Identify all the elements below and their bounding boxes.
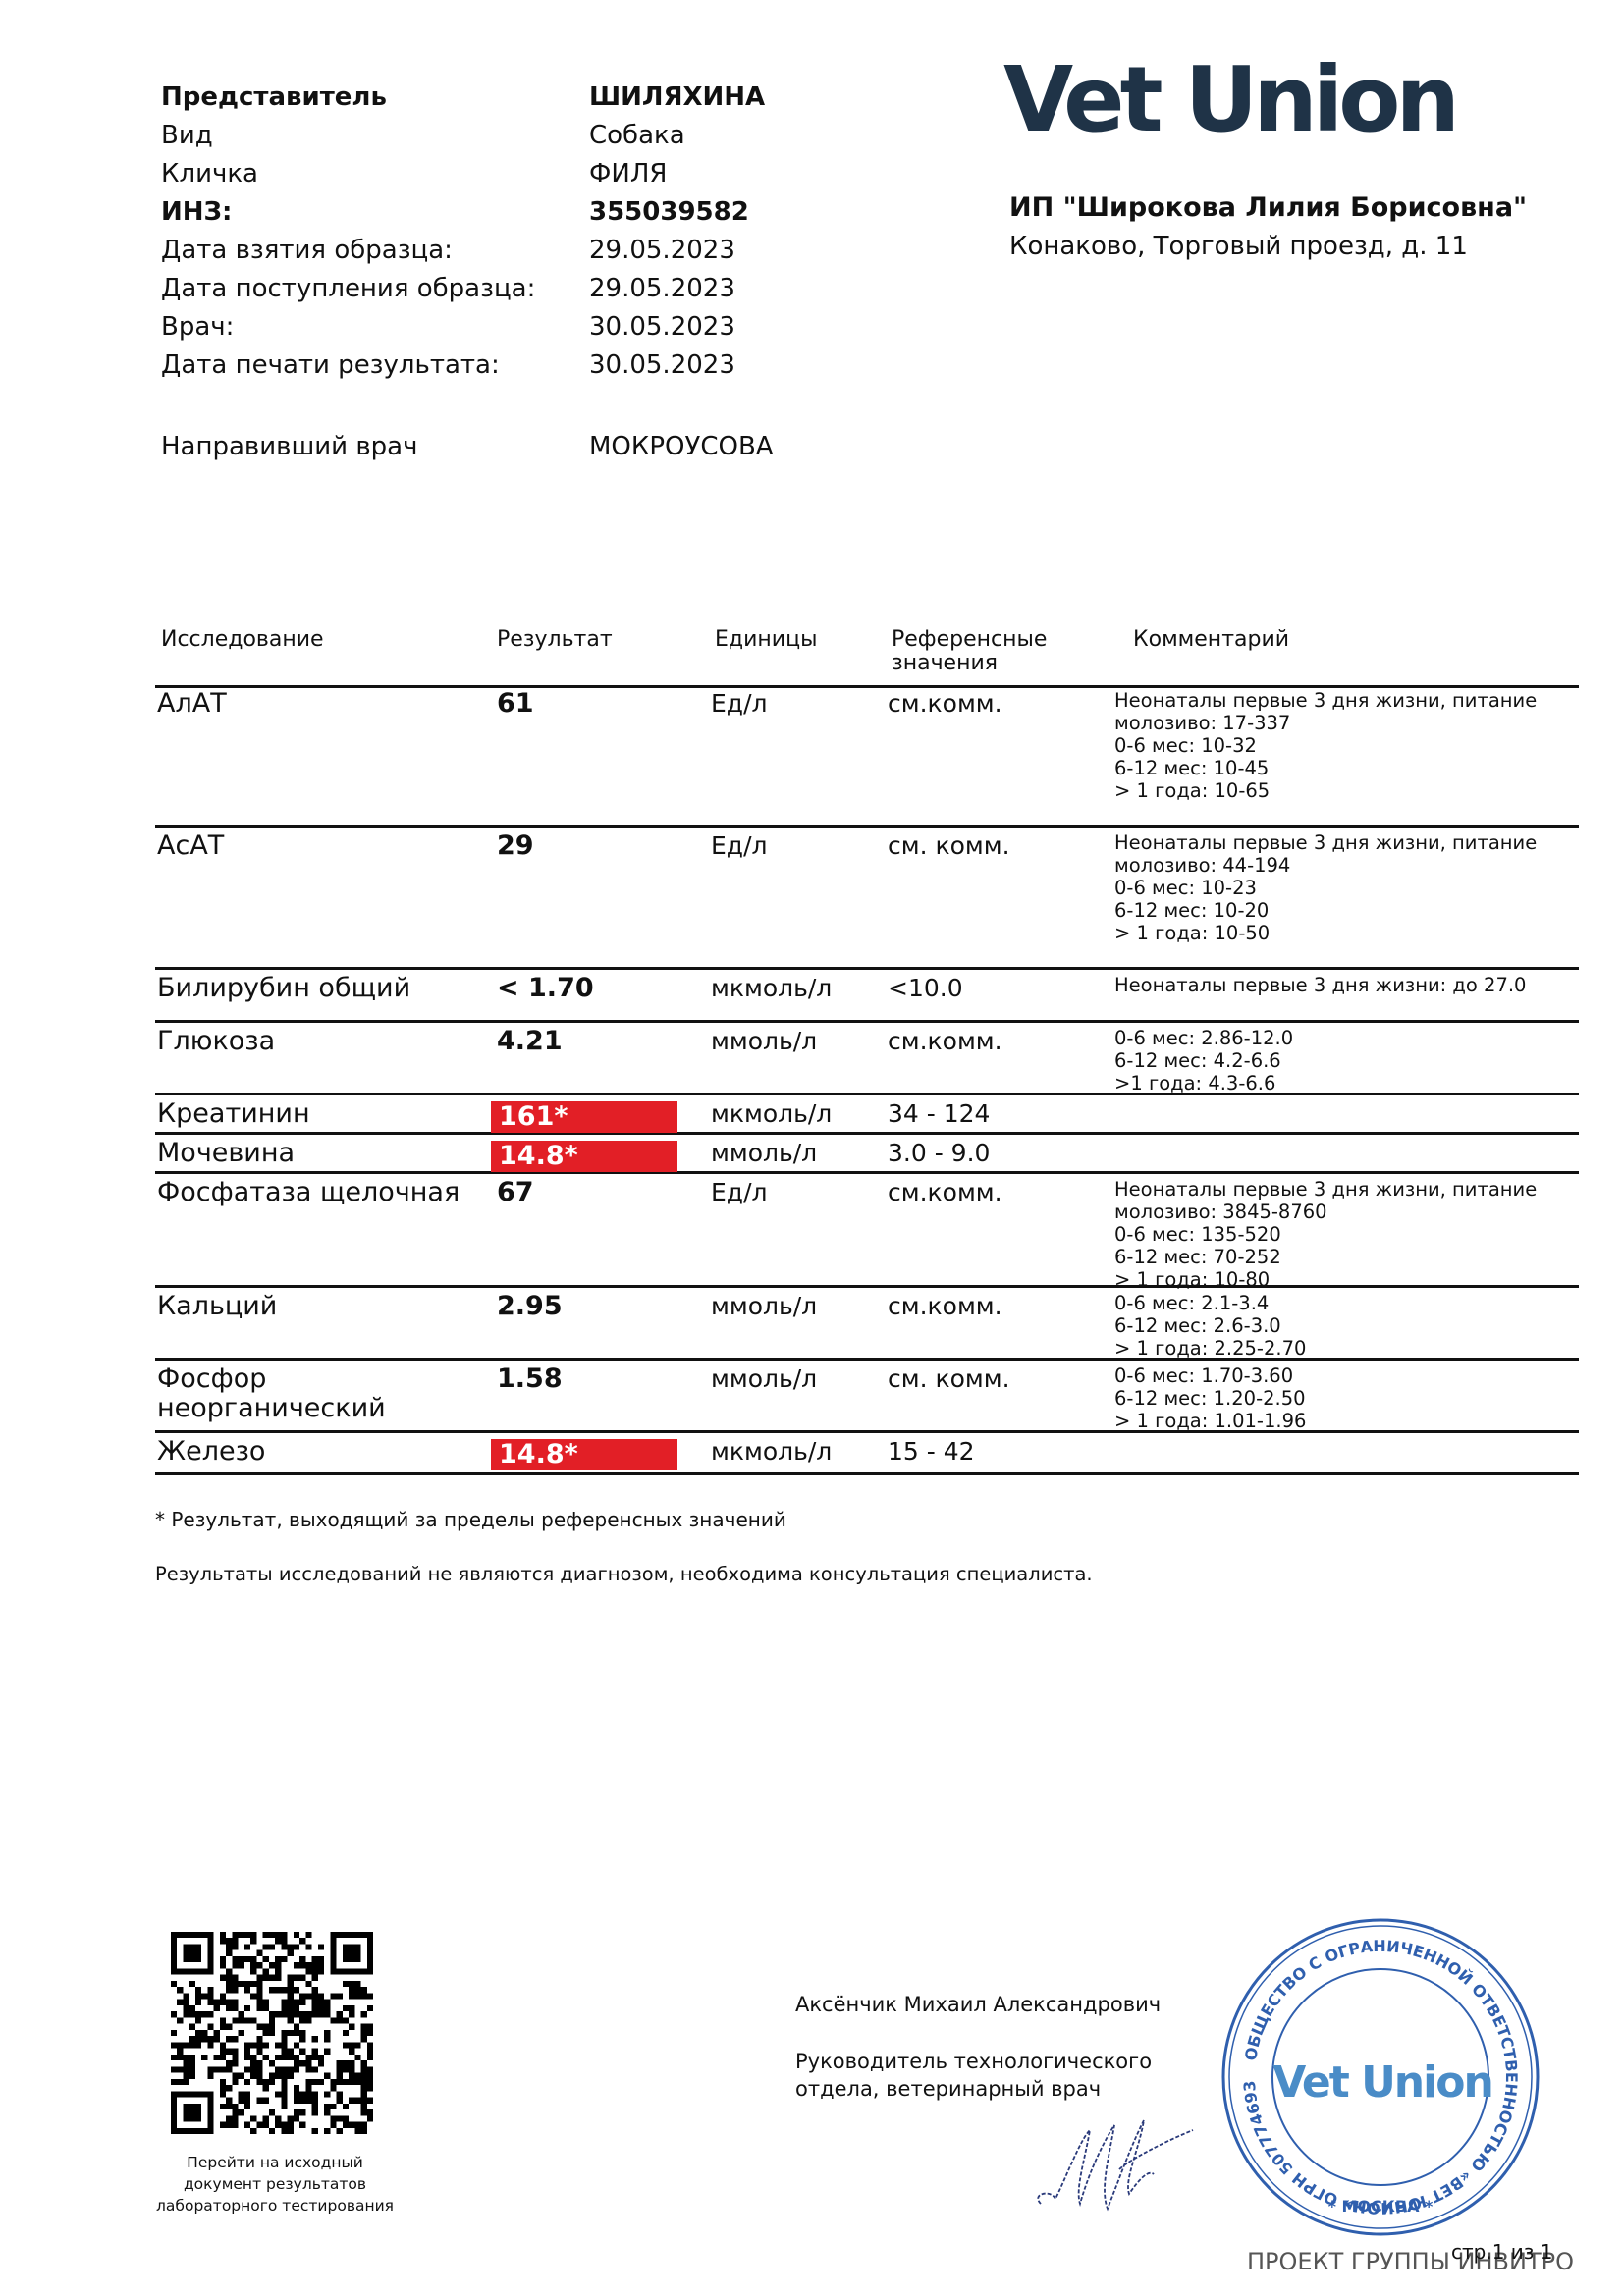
- test-name: Билирубин общий: [157, 974, 410, 1003]
- qr-code[interactable]: [171, 1932, 373, 2134]
- reference-range: см.комм.: [888, 1292, 1002, 1321]
- reference-range: см. комм.: [888, 831, 1010, 861]
- info-label: Врач:: [161, 308, 234, 347]
- table-row: Глюкоза4.21ммоль/лсм.комм.0-6 мес: 2.86-…: [155, 1027, 1579, 1090]
- info-label: ИНЗ:: [161, 193, 232, 232]
- signer-title-line2: отдела, ветеринарный врач: [795, 2077, 1101, 2101]
- results-table: Исследование Результат Единицы Референсн…: [155, 628, 1579, 685]
- row-divider: [155, 1093, 1579, 1095]
- units: ммоль/л: [711, 1139, 817, 1168]
- qr-caption: Перейти на исходный документ результатов…: [147, 2152, 403, 2216]
- row-divider: [155, 685, 1579, 688]
- flag-note: * Результат, выходящий за пределы рефере…: [155, 1508, 786, 1531]
- test-name: Мочевина: [157, 1139, 295, 1168]
- col-units: Единицы: [715, 628, 817, 652]
- svg-text:* МОСКВА *: * МОСКВА *: [1328, 2197, 1434, 2216]
- info-value: 29.05.2023: [589, 232, 735, 270]
- result-value: < 1.70: [497, 974, 594, 1003]
- units: мкмоль/л: [711, 1437, 832, 1467]
- page-number: стр.1 из 1: [1451, 2240, 1553, 2264]
- organization-address: Конаково, Торговый проезд, д. 11: [1009, 232, 1468, 261]
- reference-range: см.комм.: [888, 1027, 1002, 1056]
- info-value: 355039582: [589, 193, 749, 232]
- col-result: Результат: [497, 628, 613, 652]
- table-row: Кальций2.95ммоль/лсм.комм.0-6 мес: 2.1-3…: [155, 1292, 1579, 1355]
- comment: Неонаталы первые 3 дня жизни, питание мо…: [1114, 831, 1537, 944]
- signer-name: Аксёнчик Михаил Александрович: [795, 1993, 1161, 2016]
- table-header: Исследование Результат Единицы Референсн…: [155, 628, 1579, 685]
- result-value-flagged: 14.8*: [491, 1439, 677, 1470]
- row-divider: [155, 825, 1579, 828]
- signature-icon: [1031, 2110, 1198, 2218]
- disclaimer: Результаты исследований не являются диаг…: [155, 1563, 1093, 1585]
- table-row: Мочевина14.8*ммоль/л3.0 - 9.0: [155, 1139, 1579, 1168]
- result-value: 1.58: [497, 1364, 563, 1394]
- row-divider: [155, 1358, 1579, 1361]
- table-row: Билирубин общий< 1.70мкмоль/л<10.0Неонат…: [155, 974, 1579, 1017]
- referring-doctor-label: Направивший врач: [161, 428, 417, 466]
- comment: 0-6 мес: 2.1-3.4 6-12 мес: 2.6-3.0 > 1 г…: [1114, 1292, 1306, 1360]
- units: Ед/л: [711, 689, 767, 719]
- reference-range: 3.0 - 9.0: [888, 1139, 990, 1168]
- referring-doctor-value: МОКРОУСОВА: [589, 428, 774, 466]
- result-value: 4.21: [497, 1027, 563, 1056]
- units: ммоль/л: [711, 1027, 817, 1056]
- reference-range: см.комм.: [888, 1178, 1002, 1207]
- info-value: ФИЛЯ: [589, 155, 667, 193]
- info-value: ШИЛЯХИНА: [589, 79, 765, 117]
- comment: Неонаталы первые 3 дня жизни: до 27.0: [1114, 974, 1526, 996]
- units: мкмоль/л: [711, 1099, 832, 1129]
- units: ммоль/л: [711, 1292, 817, 1321]
- info-label: Кличка: [161, 155, 258, 193]
- col-comment: Комментарий: [1133, 628, 1289, 652]
- col-reference: Референсные значения: [892, 628, 1068, 675]
- table-row: АсАТ29Ед/лсм. комм.Неонаталы первые 3 дн…: [155, 831, 1579, 964]
- comment: Неонаталы первые 3 дня жизни, питание мо…: [1114, 1178, 1537, 1291]
- row-divider: [155, 1171, 1579, 1174]
- info-label: Вид: [161, 117, 213, 155]
- test-name: Фосфор неорганический: [157, 1364, 452, 1423]
- test-name: АсАТ: [157, 831, 224, 861]
- test-name: Глюкоза: [157, 1027, 275, 1056]
- svg-text:Vet Union: Vet Union: [1272, 2057, 1492, 2108]
- info-value: 29.05.2023: [589, 270, 735, 308]
- info-value: Собака: [589, 117, 685, 155]
- table-row: Креатинин161*мкмоль/л34 - 124: [155, 1099, 1579, 1129]
- comment: 0-6 мес: 1.70-3.60 6-12 мес: 1.20-2.50 >…: [1114, 1364, 1306, 1432]
- result-value: 2.95: [497, 1292, 563, 1321]
- result-value: 29: [497, 831, 534, 861]
- company-stamp: ОБЩЕСТВО С ОГРАНИЧЕННОЙ ОТВЕТСТВЕННОСТЬЮ…: [1216, 1912, 1545, 2242]
- units: Ед/л: [711, 831, 767, 861]
- row-divider: [155, 1472, 1579, 1475]
- units: мкмоль/л: [711, 974, 832, 1003]
- test-name: Фосфатаза щелочная: [157, 1178, 460, 1207]
- reference-range: см.комм.: [888, 689, 1002, 719]
- result-value-flagged: 161*: [491, 1101, 677, 1133]
- info-label: Дата поступления образца:: [161, 270, 535, 308]
- reference-range: 34 - 124: [888, 1099, 990, 1129]
- reference-range: см. комм.: [888, 1364, 1010, 1394]
- test-name: Железо: [157, 1437, 265, 1467]
- row-divider: [155, 967, 1579, 970]
- comment: Неонаталы первые 3 дня жизни, питание мо…: [1114, 689, 1537, 802]
- test-name: АлАТ: [157, 689, 227, 719]
- table-row: Фосфор неорганический1.58ммоль/лсм. комм…: [155, 1364, 1579, 1427]
- reference-range: 15 - 42: [888, 1437, 975, 1467]
- result-value: 61: [497, 689, 534, 719]
- info-value: 30.05.2023: [589, 308, 735, 347]
- col-test: Исследование: [161, 628, 324, 652]
- table-row: Фосфатаза щелочная67Ед/лсм.комм.Неонатал…: [155, 1178, 1579, 1282]
- info-label: Представитель: [161, 79, 387, 117]
- test-name: Креатинин: [157, 1099, 310, 1129]
- table-row: Железо14.8*мкмоль/л15 - 42: [155, 1437, 1579, 1470]
- comment: 0-6 мес: 2.86-12.0 6-12 мес: 4.2-6.6 >1 …: [1114, 1027, 1293, 1095]
- result-value-flagged: 14.8*: [491, 1141, 677, 1172]
- organization-name: ИП "Широкова Лилия Борисовна": [1009, 192, 1527, 223]
- info-label: Дата взятия образца:: [161, 232, 453, 270]
- units: Ед/л: [711, 1178, 767, 1207]
- info-value: 30.05.2023: [589, 347, 735, 385]
- reference-range: <10.0: [888, 974, 963, 1003]
- signer-title-line1: Руководитель технологического: [795, 2050, 1152, 2073]
- test-name: Кальций: [157, 1292, 277, 1321]
- row-divider: [155, 1430, 1579, 1433]
- result-value: 67: [497, 1178, 534, 1207]
- table-row: АлАТ61Ед/лсм.комм.Неонаталы первые 3 дня…: [155, 689, 1579, 822]
- units: ммоль/л: [711, 1364, 817, 1394]
- vet-union-logo: Vet Union: [1003, 51, 1455, 149]
- info-label: Дата печати результата:: [161, 347, 500, 385]
- row-divider: [155, 1020, 1579, 1023]
- row-divider: [155, 1132, 1579, 1135]
